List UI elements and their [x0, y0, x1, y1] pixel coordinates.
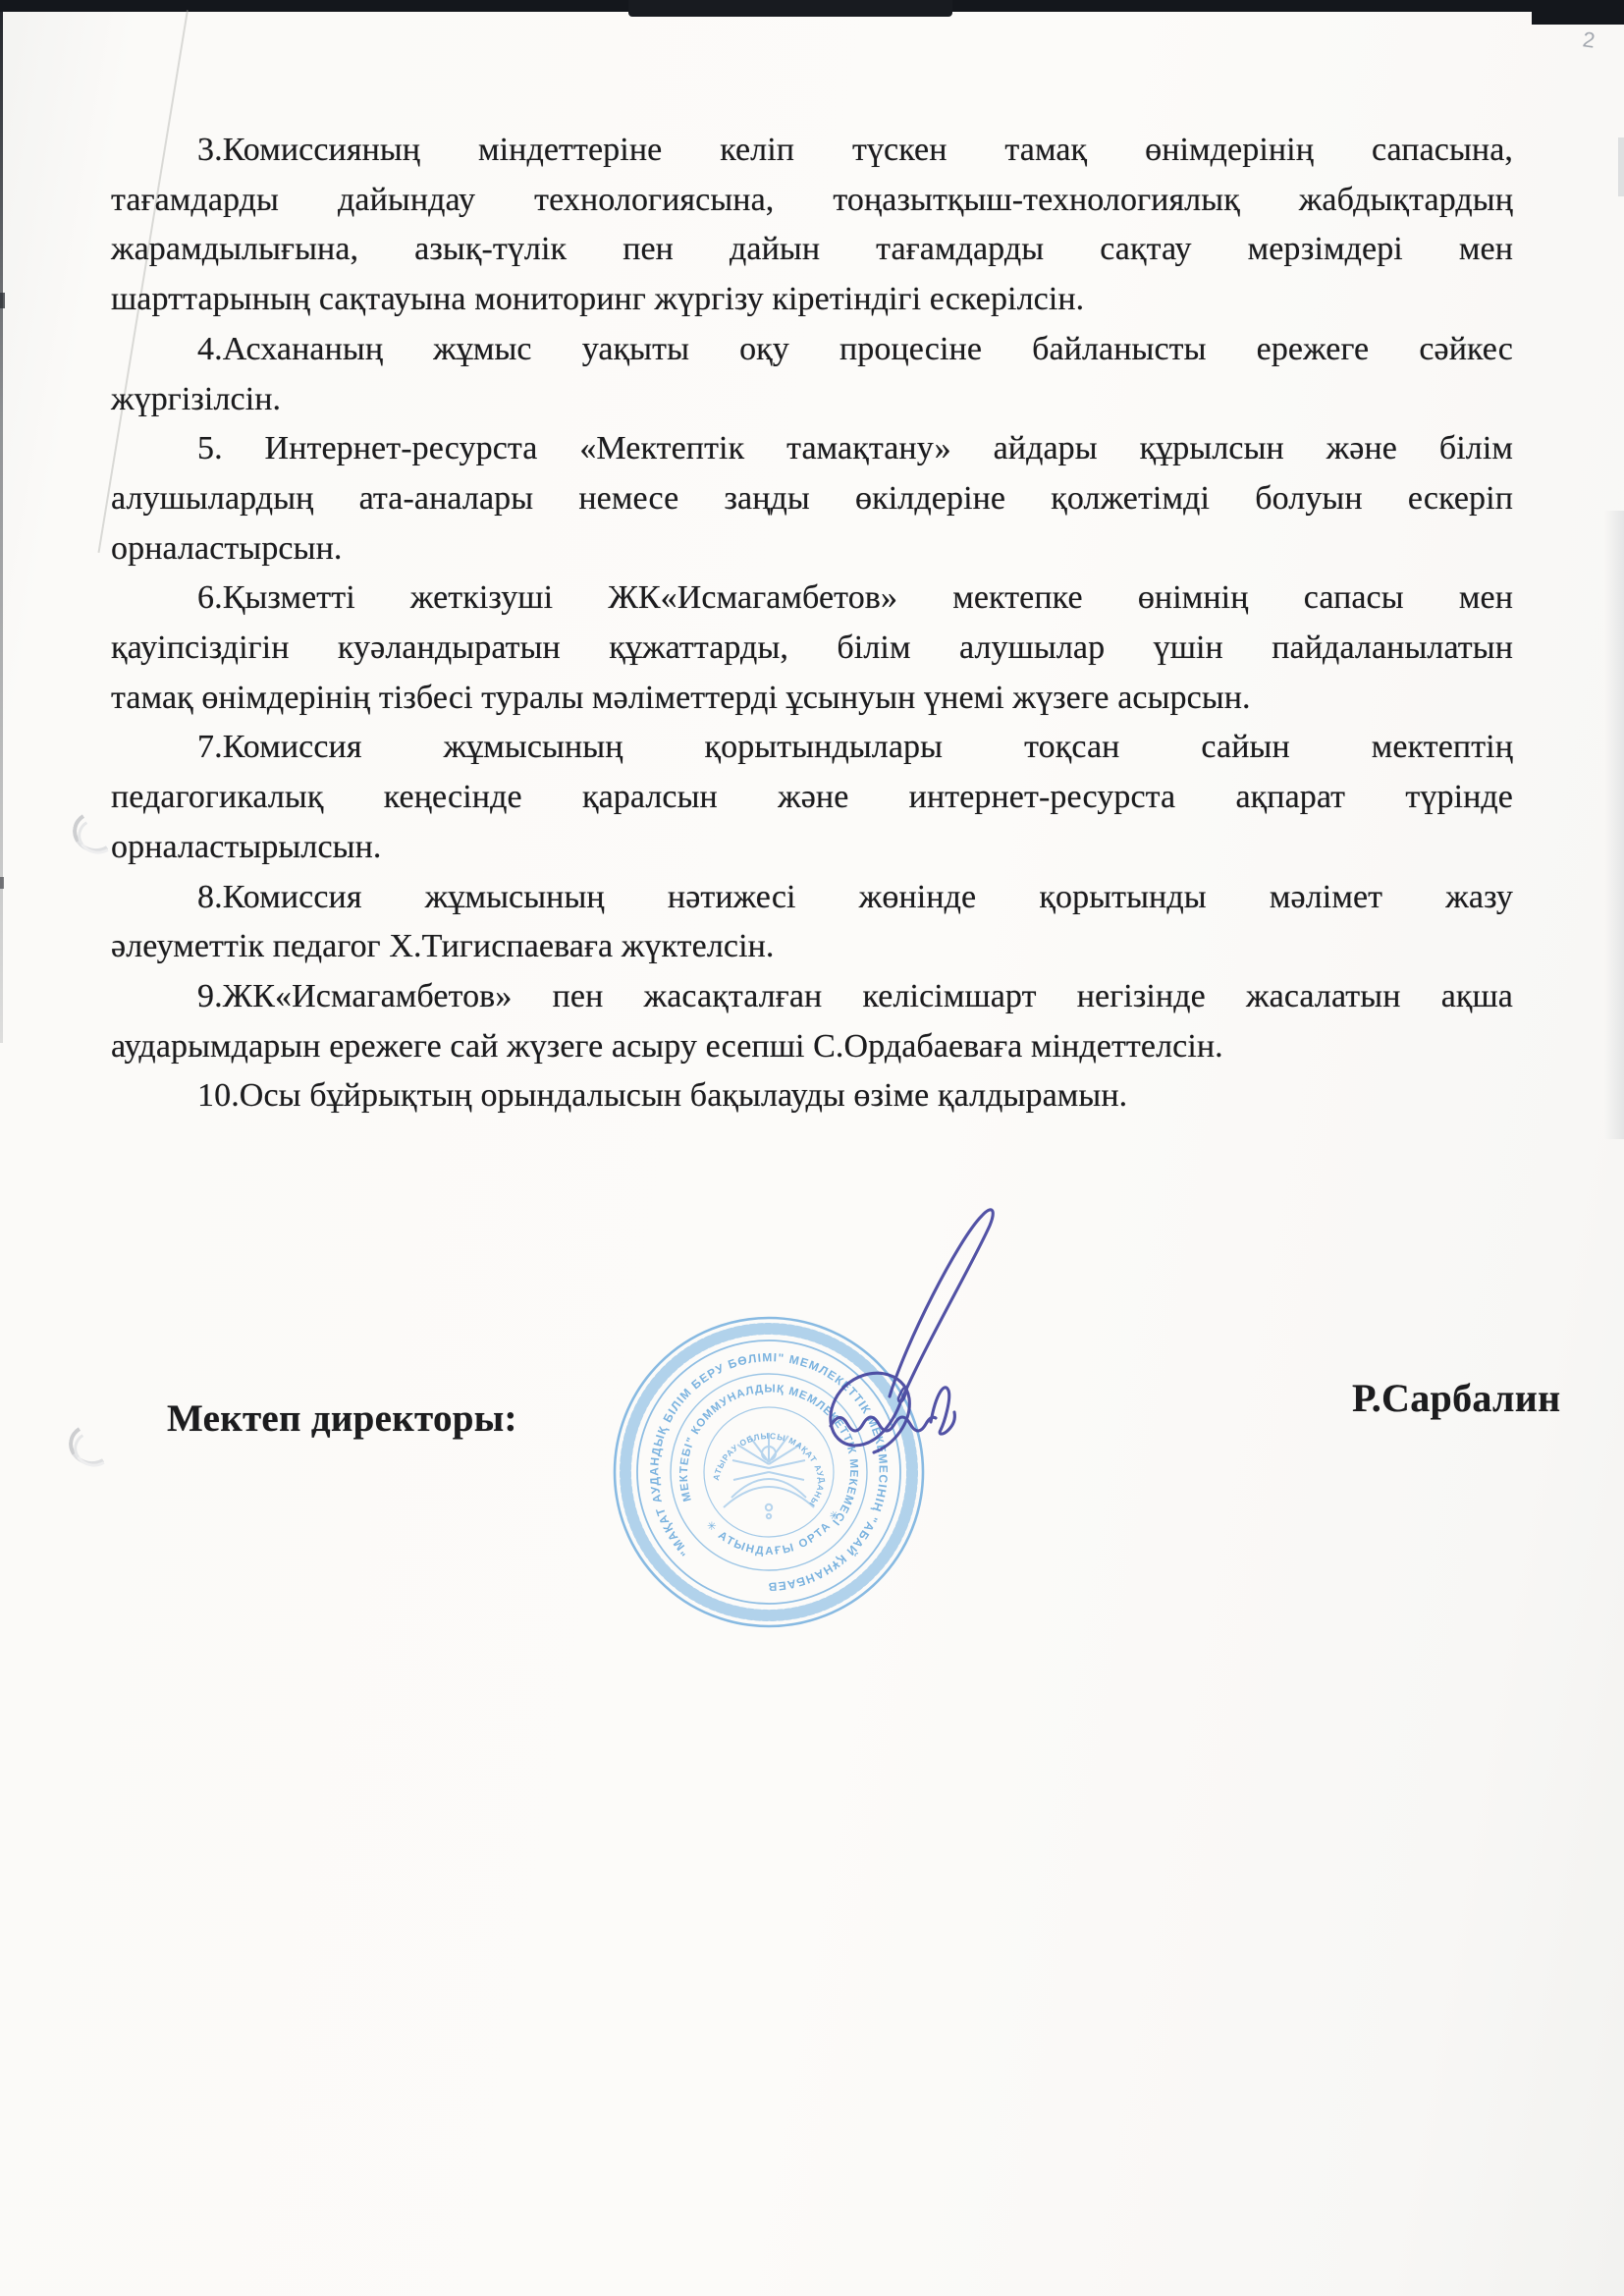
paragraph-line: орналастырсын. [111, 524, 1513, 574]
paper-curl-mark [65, 1420, 118, 1470]
director-name: Р.Сарбалин [1352, 1375, 1560, 1421]
paragraph-line: 7.Комиссия жұмысының қорытындылары тоқса… [111, 723, 1513, 773]
scan-speck [0, 293, 5, 308]
scan-speck [0, 877, 4, 889]
corner-pencil-mark: 2 [1581, 27, 1597, 53]
paragraph-line: 10.Осы бұйрықтың орындалысын бақылауды ө… [111, 1071, 1513, 1121]
order-paragraphs: 3.Комиссияның міндеттеріне келіп түскен … [111, 126, 1513, 1121]
paragraph-line: 8.Комиссия жұмысының нәтижесі жөнінде қо… [111, 873, 1513, 923]
scan-speck [1618, 137, 1624, 196]
paragraph-line: 9.ЖК«Исмагамбетов» пен жасақталған келіс… [111, 972, 1513, 1022]
scan-smudge [1604, 511, 1624, 1139]
svg-text:✳ АТЫНДАҒЫ ОРТА ✳: ✳ АТЫНДАҒЫ ОРТА ✳ [703, 1507, 843, 1558]
paragraph-line: жүргізілсін. [111, 375, 1513, 425]
scanner-edge-band-right [1532, 0, 1624, 25]
stamp-inner-ring-bottom-text: ✳ АТЫНДАҒЫ ОРТА ✳ [703, 1507, 843, 1558]
paragraph-line: 4.Асхананың жұмыс уақыты оқу процесіне б… [111, 325, 1513, 375]
paragraph-line: тамақ өнімдерінің тізбесі туралы мәлімет… [111, 674, 1513, 724]
director-role-label: Мектеп директоры: [167, 1396, 517, 1441]
paragraph-line: педагогикалық кеңесінде қаралсын және ин… [111, 773, 1513, 823]
paragraph-line: 6.Қызметті жеткізуші ЖК«Исмагамбетов» ме… [111, 574, 1513, 624]
paragraph-line: орналастырылсын. [111, 823, 1513, 873]
paragraph-line: әлеуметтік педагог Х.Тигиспаеваға жүктел… [111, 922, 1513, 972]
paragraph-line: 3.Комиссияның міндеттеріне келіп түскен … [111, 126, 1513, 176]
paragraph-line: тағамдарды дайындау технологиясына, тоңа… [111, 176, 1513, 226]
signature-ink [776, 1169, 1090, 1503]
paragraph-line: шарттарының сақтауына мониторинг жүргізу… [111, 275, 1513, 325]
paragraph-line: жарамдылығына, азық-түлік пен дайын таға… [111, 225, 1513, 275]
paragraph-line: аударымдарын ережеге сай жүзеге асыру ес… [111, 1022, 1513, 1072]
paragraph-line: 5. Интернет-ресурста «Мектептік тамақтан… [111, 424, 1513, 474]
scanned-document-page: 2 3.Комиссияның міндеттеріне келіп түске… [0, 0, 1624, 2296]
paragraph-line: алушылардың ата-аналары немесе заңды өкі… [111, 474, 1513, 524]
scanner-edge-band-segment [628, 0, 952, 17]
paragraph-line: қауіпсіздігін куәландыратын құжаттарды, … [111, 624, 1513, 674]
